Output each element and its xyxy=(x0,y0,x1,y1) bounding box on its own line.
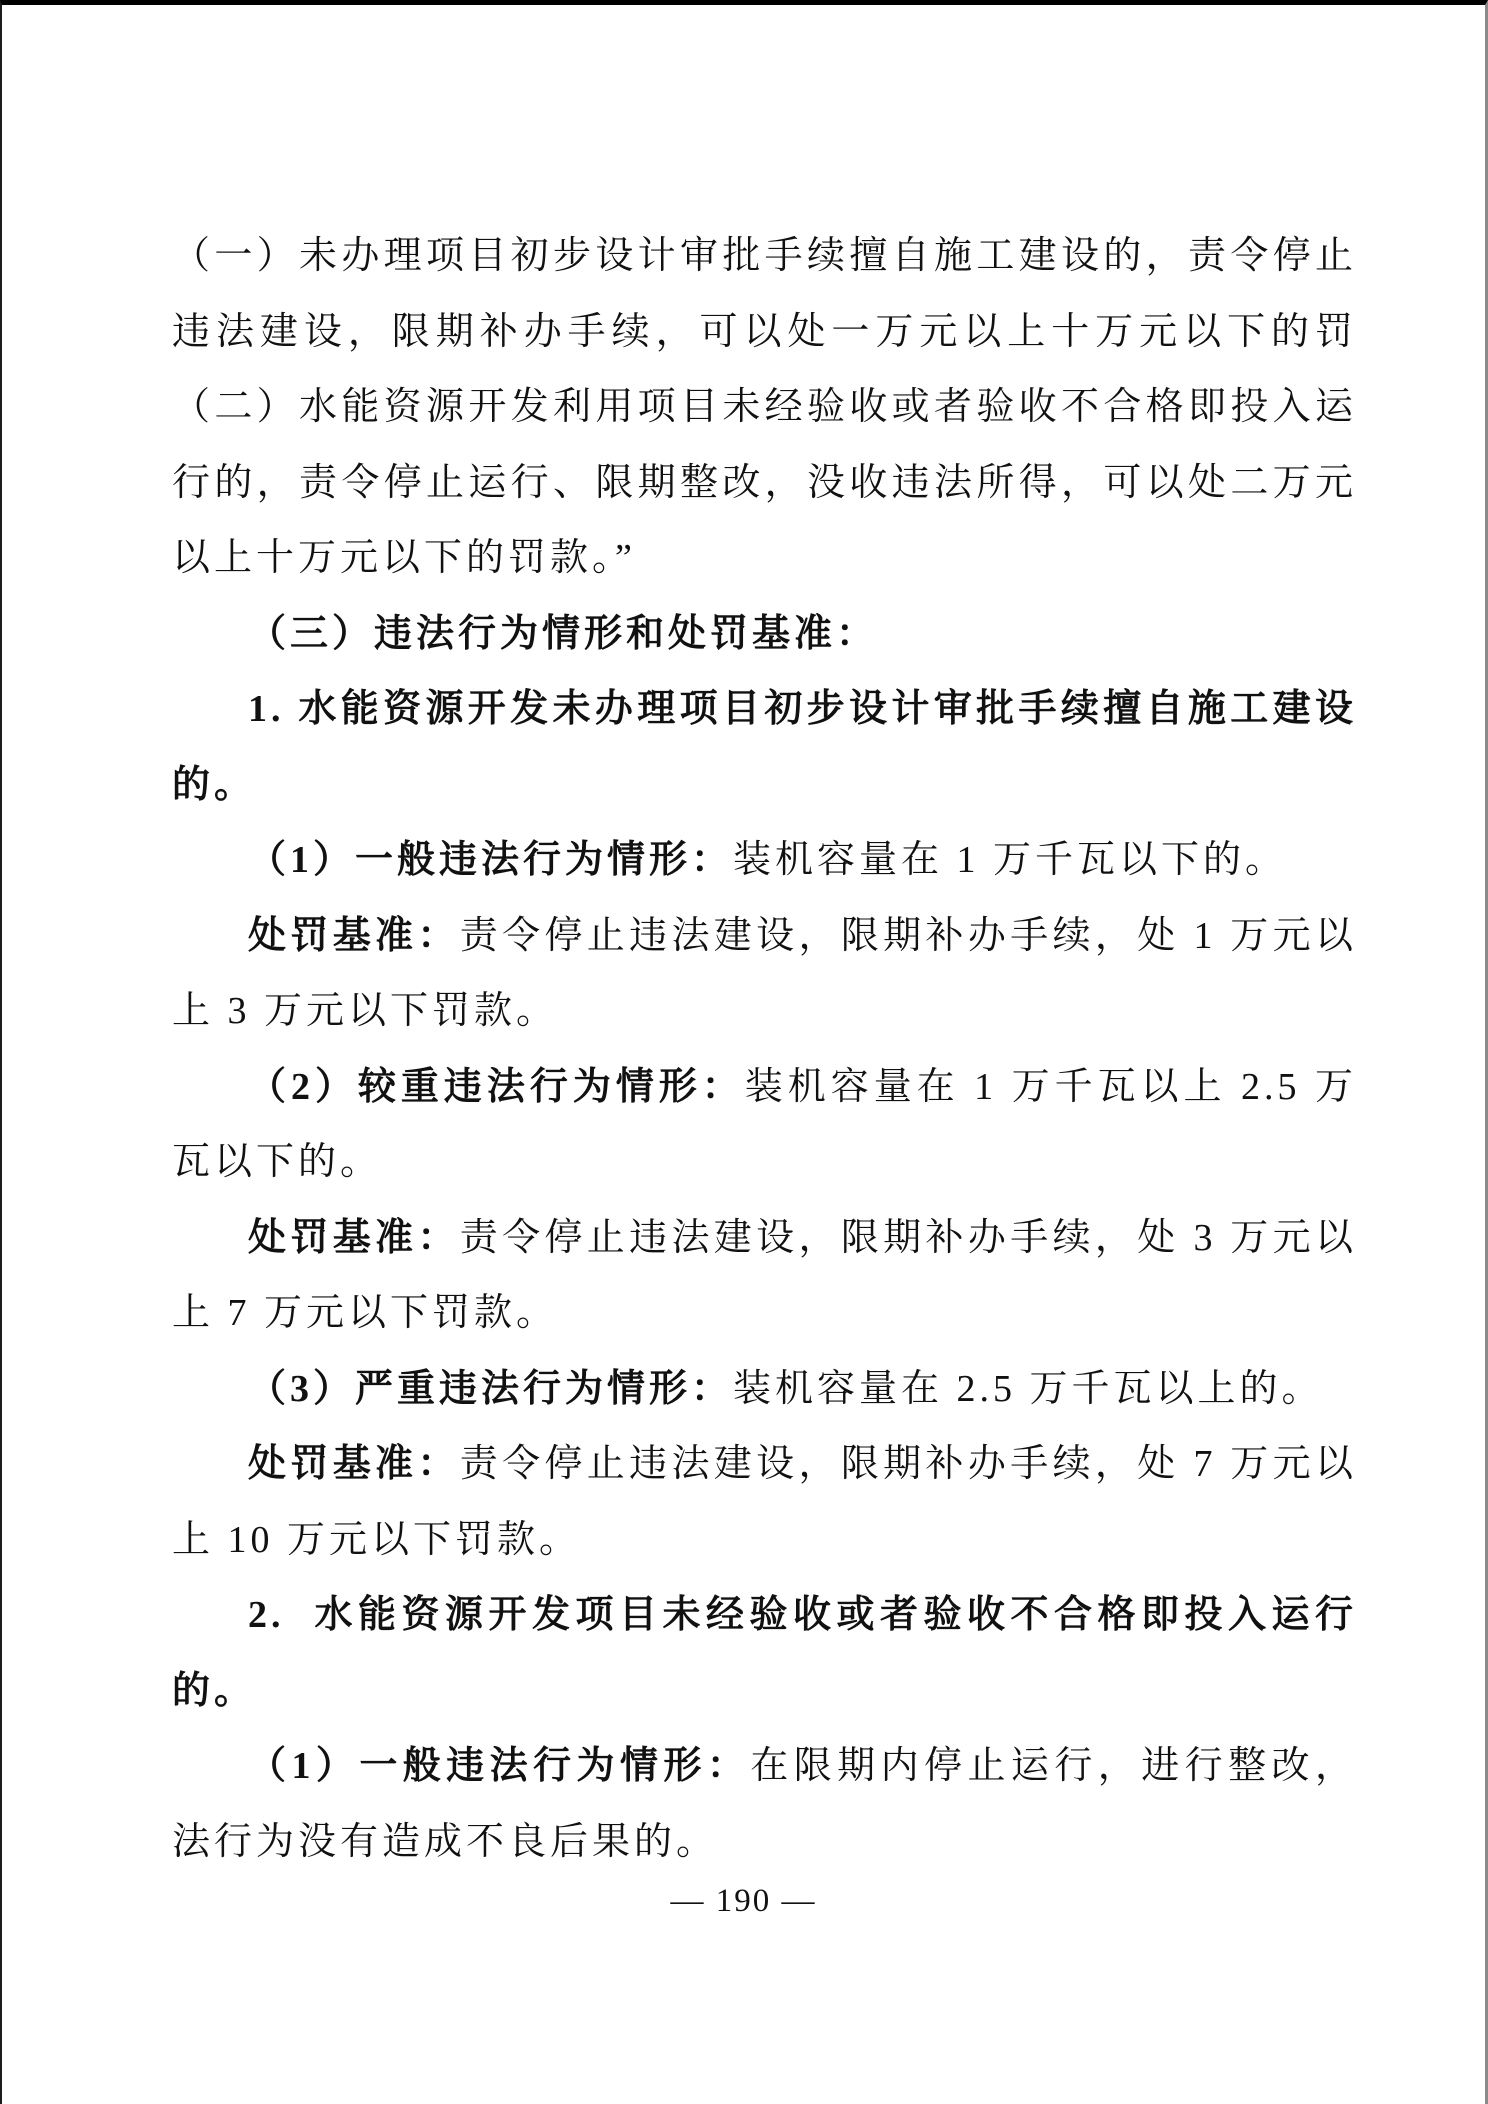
document-page: （一）未办理项目初步设计审批手续擅自施工建设的，责令停止违法建设，限期补办手续，… xyxy=(0,0,1488,2104)
emphasis-text-run: 的。 xyxy=(172,764,256,806)
emphasis-text-run: 处罚基准： xyxy=(248,1217,460,1259)
text-line: （1）一般违法行为情形：在限期内停止运行，进行整改，违 xyxy=(172,1729,1357,1805)
text-line: 处罚基准：责令停止违法建设，限期补办手续，处 7 万元以 xyxy=(172,1427,1357,1503)
paragraph: 处罚基准：责令停止违法建设，限期补办手续，处 7 万元以上 10 万元以下罚款。 xyxy=(172,1427,1357,1578)
text-line: （3）严重违法行为情形：装机容量在 2.5 万千瓦以上的。 xyxy=(172,1352,1357,1428)
text-run: 上 7 万元以下罚款。 xyxy=(172,1292,558,1334)
paragraph: （三）违法行为情形和处罚基准： xyxy=(172,597,1357,673)
text-run: 法行为没有造成不良后果的。 xyxy=(172,1821,718,1863)
text-line: 2. 水能资源开发项目未经验收或者验收不合格即投入运行 xyxy=(172,1578,1357,1654)
text-run: 责令停止违法建设，限期补办手续，处 3 万元以 xyxy=(460,1217,1357,1259)
paragraph: （1）一般违法行为情形：在限期内停止运行，进行整改，违法行为没有造成不良后果的。 xyxy=(172,1729,1357,1880)
text-line: 上 3 万元以下罚款。 xyxy=(172,974,1357,1050)
text-line: 上 10 万元以下罚款。 xyxy=(172,1503,1357,1579)
text-run: 装机容量在 2.5 万千瓦以上的。 xyxy=(733,1368,1324,1410)
paragraph: 处罚基准：责令停止违法建设，限期补办手续，处 3 万元以上 7 万元以下罚款。 xyxy=(172,1201,1357,1352)
emphasis-text-run: 处罚基准： xyxy=(248,915,460,957)
paragraph: 处罚基准：责令停止违法建设，限期补办手续，处 1 万元以上 3 万元以下罚款。 xyxy=(172,899,1357,1050)
text-line: （2）较重违法行为情形：装机容量在 1 万千瓦以上 2.5 万千 xyxy=(172,1050,1357,1126)
text-run: 责令停止违法建设，限期补办手续，处 7 万元以 xyxy=(460,1443,1357,1485)
text-line: 以上十万元以下的罚款。” xyxy=(172,521,1357,597)
emphasis-text-run: （2）较重违法行为情形： xyxy=(248,1066,745,1108)
text-line: （三）违法行为情形和处罚基准： xyxy=(172,597,1357,673)
text-run: 上 10 万元以下罚款。 xyxy=(172,1519,581,1561)
paragraph: 2. 水能资源开发项目未经验收或者验收不合格即投入运行的。 xyxy=(172,1578,1357,1729)
emphasis-text-run: （三）违法行为情形和处罚基准： xyxy=(248,613,878,655)
paragraph: （3）严重违法行为情形：装机容量在 2.5 万千瓦以上的。 xyxy=(172,1352,1357,1428)
text-run: 以上十万元以下的罚款。” xyxy=(172,537,636,579)
text-line: 瓦以下的。 xyxy=(172,1125,1357,1201)
text-run: 上 3 万元以下罚款。 xyxy=(172,990,558,1032)
emphasis-text-run: 的。 xyxy=(172,1670,256,1712)
text-line: 的。 xyxy=(172,748,1357,824)
text-line: 行的，责令停止运行、限期整改，没收违法所得，可以处二万元 xyxy=(172,446,1357,522)
text-line: 法行为没有造成不良后果的。 xyxy=(172,1805,1357,1881)
emphasis-text-run: （1）一般违法行为情形： xyxy=(248,839,733,881)
emphasis-text-run: 2. 水能资源开发项目未经验收或者验收不合格即投入运行 xyxy=(248,1594,1357,1636)
text-line: 违法建设，限期补办手续，可以处一万元以上十万元以下的罚款。 xyxy=(172,295,1357,371)
document-body: （一）未办理项目初步设计审批手续擅自施工建设的，责令停止违法建设，限期补办手续，… xyxy=(2,5,1485,1880)
text-line: （1）一般违法行为情形：装机容量在 1 万千瓦以下的。 xyxy=(172,823,1357,899)
text-run: 装机容量在 1 万千瓦以下的。 xyxy=(733,839,1287,881)
emphasis-text-run: （1）一般违法行为情形： xyxy=(248,1745,750,1787)
emphasis-text-run: （3）严重违法行为情形： xyxy=(248,1368,733,1410)
text-run: 行的，责令停止运行、限期整改，没收违法所得，可以处二万元 xyxy=(172,462,1357,504)
text-line: 上 7 万元以下罚款。 xyxy=(172,1276,1357,1352)
text-line: 1. 水能资源开发未办理项目初步设计审批手续擅自施工建设 xyxy=(172,672,1357,748)
text-run: （二）水能资源开发利用项目未经验收或者验收不合格即投入运 xyxy=(172,386,1357,428)
paragraph: 1. 水能资源开发未办理项目初步设计审批手续擅自施工建设的。 xyxy=(172,672,1357,823)
page-footer: — 190 — xyxy=(2,1883,1485,1920)
text-run: （一）未办理项目初步设计审批手续擅自施工建设的，责令停止 xyxy=(172,235,1357,277)
text-line: 的。 xyxy=(172,1654,1357,1730)
paragraph: （2）较重违法行为情形：装机容量在 1 万千瓦以上 2.5 万千瓦以下的。 xyxy=(172,1050,1357,1201)
text-run: 违法建设，限期补办手续，可以处一万元以上十万元以下的罚款。 xyxy=(172,311,1357,371)
text-line: （二）水能资源开发利用项目未经验收或者验收不合格即投入运 xyxy=(172,370,1357,446)
text-run: 责令停止违法建设，限期补办手续，处 1 万元以 xyxy=(460,915,1357,957)
emphasis-text-run: 1. 水能资源开发未办理项目初步设计审批手续擅自施工建设 xyxy=(248,688,1357,730)
paragraph: （一）未办理项目初步设计审批手续擅自施工建设的，责令停止违法建设，限期补办手续，… xyxy=(172,219,1357,597)
text-line: 处罚基准：责令停止违法建设，限期补办手续，处 3 万元以 xyxy=(172,1201,1357,1277)
emphasis-text-run: 处罚基准： xyxy=(248,1443,460,1485)
text-line: （一）未办理项目初步设计审批手续擅自施工建设的，责令停止 xyxy=(172,219,1357,295)
text-line: 处罚基准：责令停止违法建设，限期补办手续，处 1 万元以 xyxy=(172,899,1357,975)
page-number: — 190 — xyxy=(671,1883,817,1919)
paragraph: （1）一般违法行为情形：装机容量在 1 万千瓦以下的。 xyxy=(172,823,1357,899)
text-run: 瓦以下的。 xyxy=(172,1141,382,1183)
